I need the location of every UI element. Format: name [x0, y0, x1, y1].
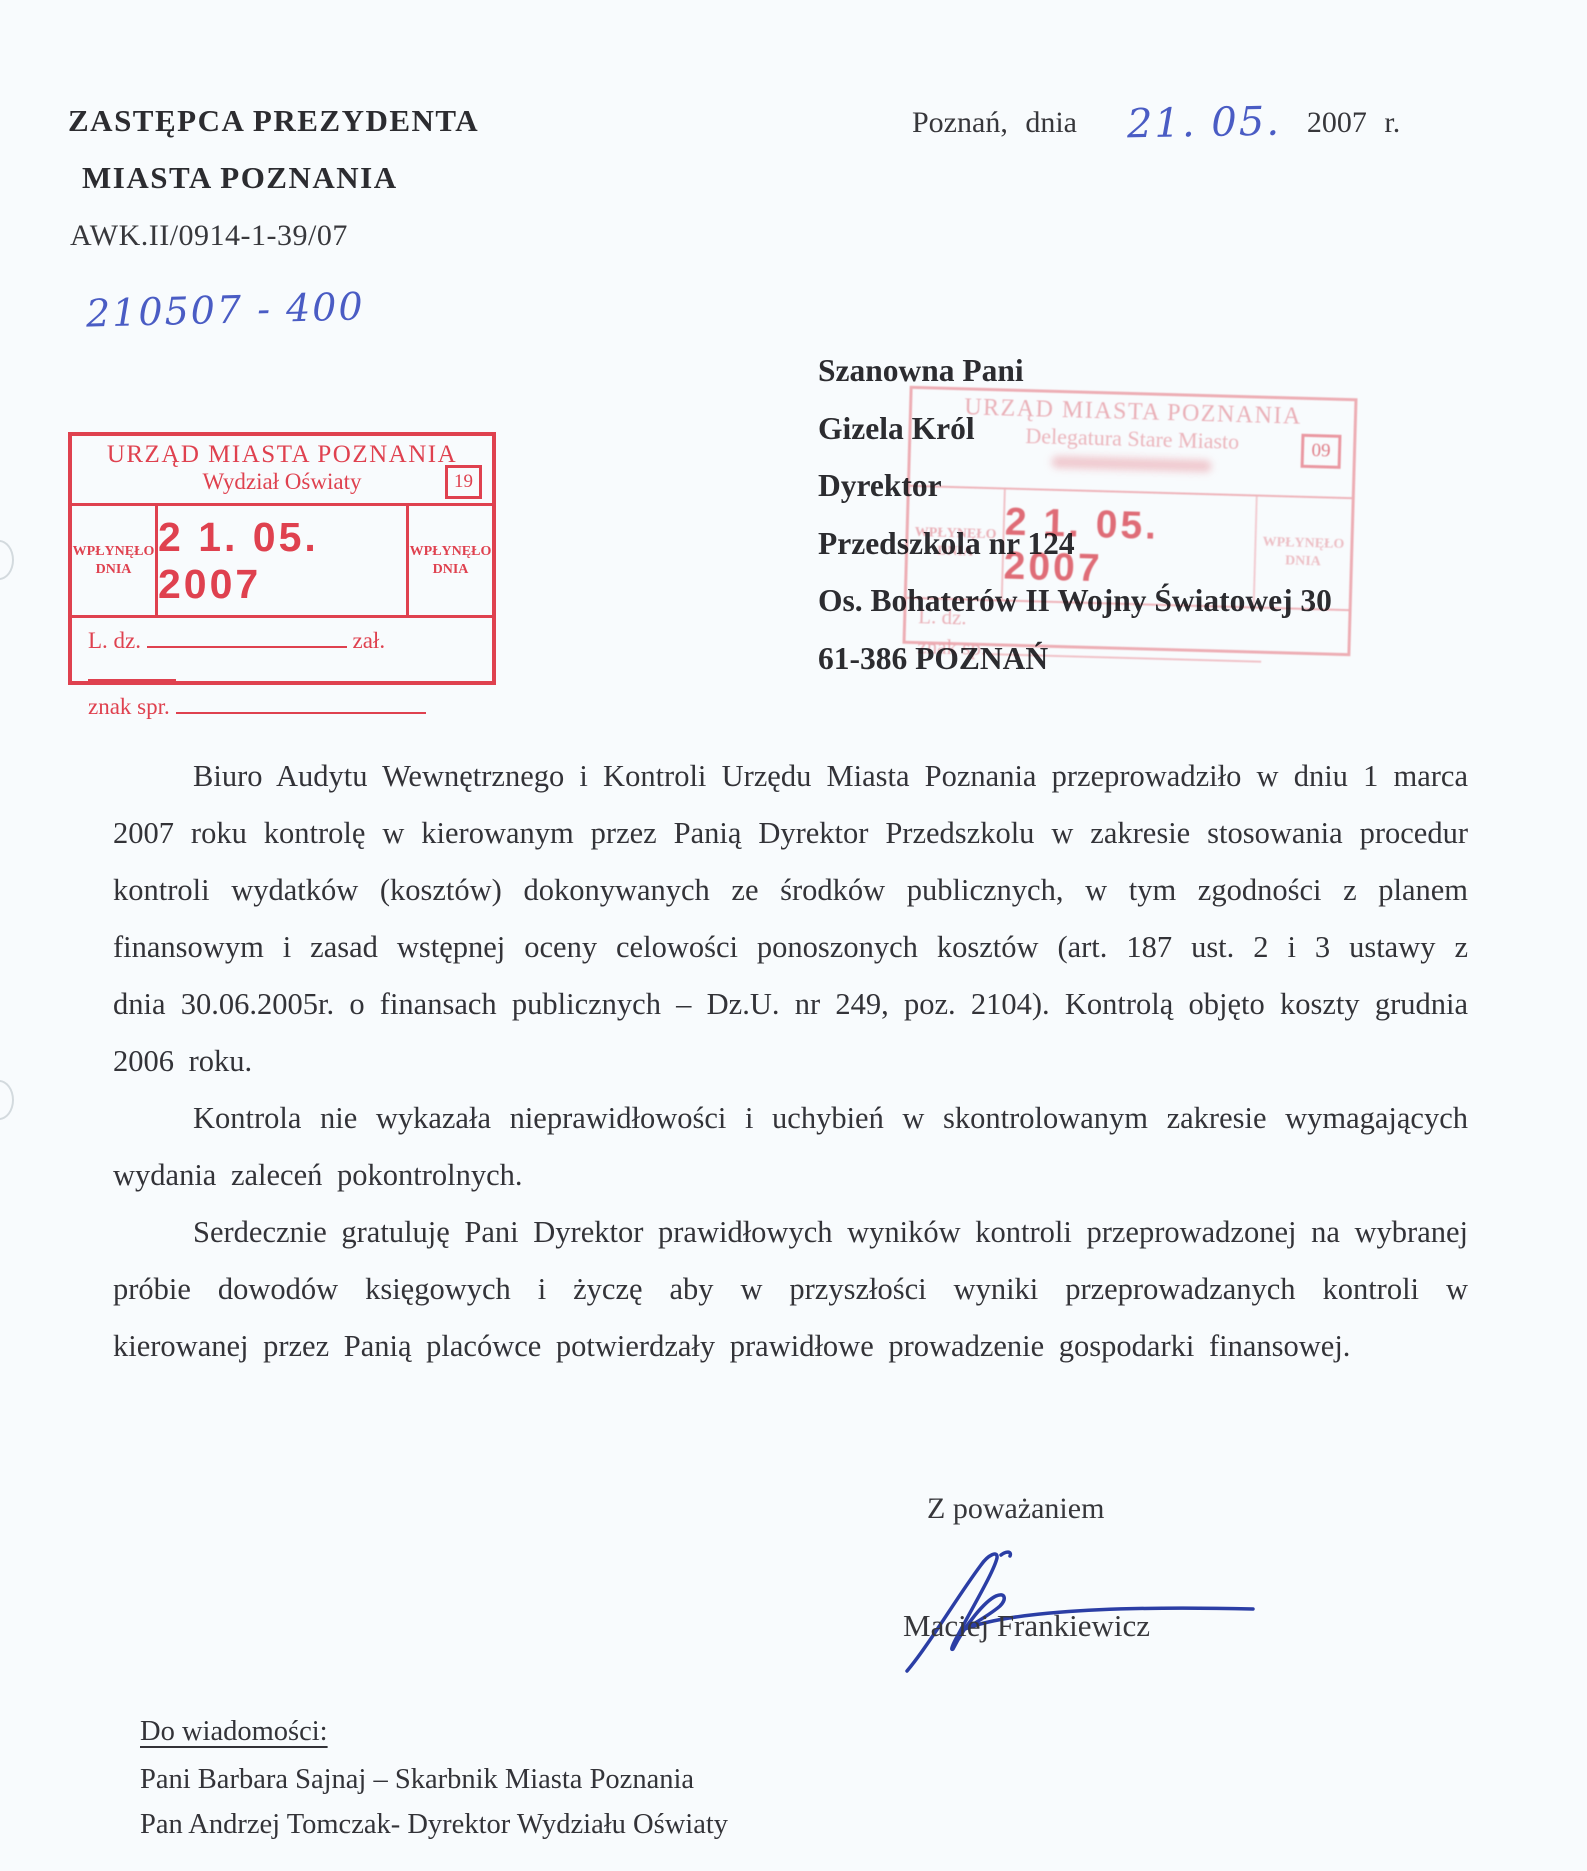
- znak-label: znak sp.: [917, 634, 986, 660]
- dnia-word: DNIA: [937, 543, 973, 562]
- body-paragraph-2: Kontrola nie wykazała nieprawidłowości i…: [113, 1090, 1468, 1204]
- dnia-word: DNIA: [1285, 552, 1321, 571]
- hole-punch-mark: [0, 540, 14, 580]
- valediction: Z poważaniem: [927, 1492, 1104, 1526]
- handwritten-registry-number: 210507 - 400: [85, 284, 365, 335]
- date-year: 2007 r.: [1307, 100, 1400, 140]
- dnia-word: DNIA: [433, 561, 469, 579]
- received-word: WPŁYNĘŁO: [914, 524, 996, 544]
- distribution-list: Do wiadomości: Pani Barbara Sajnaj – Ska…: [140, 1716, 728, 1840]
- stamp-number-box: 09: [1301, 434, 1342, 469]
- stamp-received-label-right: WPŁYNĘŁO DNIA: [406, 506, 492, 615]
- sender-title-line2: MIASTA POZNANIA: [82, 160, 398, 196]
- distribution-item: Pani Barbara Sajnaj – Skarbnik Miasta Po…: [140, 1764, 728, 1795]
- stamp-received-label-right: WPŁYNĘŁO DNIA: [1253, 497, 1352, 610]
- stamp-footer: L. dz. zał. znak spr.: [72, 618, 492, 723]
- znak-blank-line: [176, 696, 426, 714]
- received-stamp-delegatura: URZĄD MIASTA POZNANIA Delegatura Stare M…: [902, 386, 1357, 656]
- znak-blank-line: [991, 637, 1261, 663]
- znak-label: znak spr.: [88, 694, 170, 719]
- illegible-stamp-line: [1051, 456, 1211, 472]
- zal-blank-line: [88, 663, 176, 681]
- signer-name: Maciej Frankiewicz: [903, 1608, 1150, 1644]
- stamp-dept-name: Wydział Oświaty: [72, 469, 492, 495]
- body-paragraph-1: Biuro Audytu Wewnętrznego i Kontroli Urz…: [113, 748, 1468, 1090]
- ldz-label: L. dz.: [88, 628, 141, 653]
- sender-title-line1: ZASTĘPCA PREZYDENTA: [68, 103, 479, 139]
- ldz-label: L. dz.: [918, 604, 967, 629]
- reference-number: AWK.II/0914-1-39/07: [70, 219, 348, 253]
- received-stamp-oswiaty: URZĄD MIASTA POZNANIA Wydział Oświaty 19…: [68, 432, 496, 685]
- stamp-header: URZĄD MIASTA POZNANIA Wydział Oświaty 19: [72, 436, 492, 506]
- received-word: WPŁYNĘŁO: [73, 543, 155, 561]
- stamp-header: URZĄD MIASTA POZNANIA Delegatura Stare M…: [910, 389, 1355, 499]
- stamp-footer: L. dz. znak sp.: [905, 599, 1349, 673]
- handwritten-date: 21. 05.: [1127, 99, 1282, 148]
- place-date-line: Poznań, dnia 21. 05. 2007 r.: [912, 100, 1400, 146]
- dnia-word: DNIA: [96, 561, 132, 579]
- body-paragraph-3: Serdecznie gratuluję Pani Dyrektor prawi…: [113, 1204, 1468, 1375]
- stamp-received-label-left: WPŁYNĘŁO DNIA: [72, 506, 158, 615]
- stamp-received-label-left: WPŁYNĘŁO DNIA: [907, 487, 1006, 600]
- stamp-date-row: WPŁYNĘŁO DNIA 2 1. 05. 2007 WPŁYNĘŁO DNI…: [72, 506, 492, 618]
- stamp-date: 2 1. 05. 2007: [1003, 490, 1256, 607]
- stamp-org-name: URZĄD MIASTA POZNANIA: [72, 441, 492, 469]
- ldz-blank-line: [147, 630, 347, 648]
- distribution-item: Pan Andrzej Tomczak- Dyrektor Wydziału O…: [140, 1809, 728, 1840]
- stamp-date-row: WPŁYNĘŁO DNIA 2 1. 05. 2007 WPŁYNĘŁO DNI…: [907, 487, 1352, 611]
- received-word: WPŁYNĘŁO: [1262, 534, 1344, 554]
- letter-body: Biuro Audytu Wewnętrznego i Kontroli Urz…: [113, 748, 1468, 1375]
- stamp-date: 2 1. 05. 2007: [158, 506, 406, 615]
- place-date-label: Poznań, dnia: [912, 100, 1077, 140]
- received-word: WPŁYNĘŁO: [410, 543, 492, 561]
- hole-punch-mark: [0, 1080, 14, 1120]
- zal-label: zał.: [353, 628, 386, 653]
- distribution-heading: Do wiadomości:: [140, 1716, 728, 1748]
- stamp-number-box: 19: [445, 465, 482, 499]
